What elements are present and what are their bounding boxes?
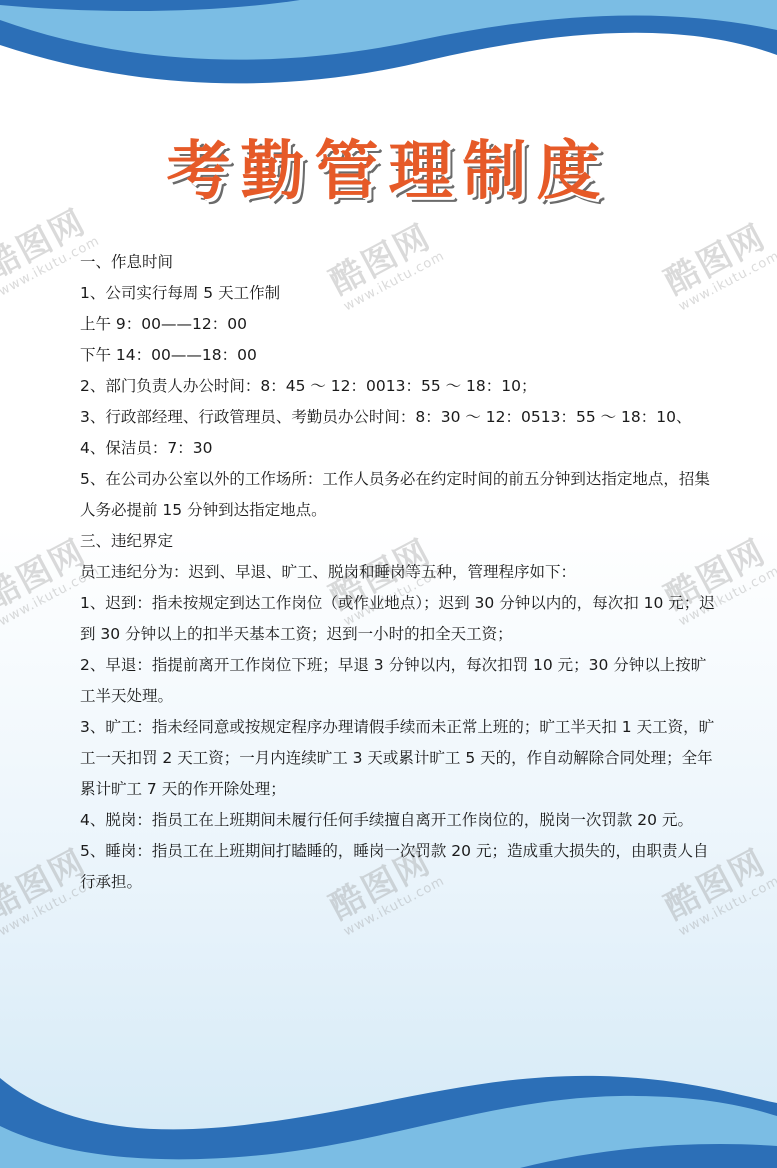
policy-line: 4、保洁员：7：30 — [80, 433, 720, 464]
policy-line: 3、旷工：指未经同意或按规定程序办理请假手续而未正常上班的；旷工半天扣 1 天工… — [80, 712, 720, 805]
policy-line: 4、脱岗：指员工在上班期间未履行任何手续擅自离开工作岗位的，脱岗一次罚款 20 … — [80, 805, 720, 836]
policy-line: 1、公司实行每周 5 天工作制 — [80, 278, 720, 309]
policy-line: 5、睡岗：指员工在上班期间打瞌睡的，睡岗一次罚款 20 元；造成重大损失的，由职… — [80, 836, 720, 898]
policy-line: 上午 9：00——12：00 — [80, 309, 720, 340]
top-wave-decoration — [0, 0, 777, 100]
policy-line: 1、迟到：指未按规定到达工作岗位（或作业地点）；迟到 30 分钟以内的，每次扣 … — [80, 588, 720, 650]
policy-line: 下午 14：00——18：00 — [80, 340, 720, 371]
poster-title: 考勤管理制度 — [0, 120, 777, 212]
policy-line: 2、早退：指提前离开工作岗位下班；早退 3 分钟以内，每次扣罚 10 元；30 … — [80, 650, 720, 712]
policy-line: 3、行政部经理、行政管理员、考勤员办公时间：8：30 ～ 12：0513：55 … — [80, 402, 720, 433]
policy-line: 员工违纪分为：迟到、早退、旷工、脱岗和睡岗等五种，管理程序如下： — [80, 557, 720, 588]
policy-content: 一、作息时间 1、公司实行每周 5 天工作制 上午 9：00——12：00 下午… — [80, 247, 720, 898]
section-heading-work-hours: 一、作息时间 — [80, 247, 720, 278]
bottom-wave-decoration — [0, 1068, 777, 1168]
policy-line: 5、在公司办公室以外的工作场所：工作人员务必在约定时间的前五分钟到达指定地点，招… — [80, 464, 720, 526]
policy-line: 2、部门负责人办公时间：8：45 ～ 12：0013：55 ～ 18：10； — [80, 371, 720, 402]
section-heading-violations: 三、违纪界定 — [80, 526, 720, 557]
